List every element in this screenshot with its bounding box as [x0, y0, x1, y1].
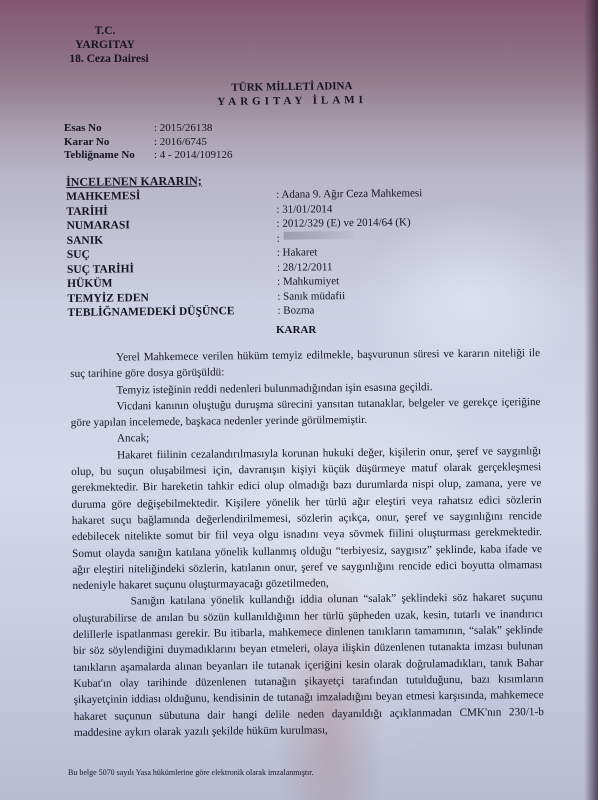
court-header: T.C. YARGITAY 18. Ceza Dairesi [50, 24, 160, 66]
reviewed-decision: İNCELENEN KARARIN; MAHKEMESİ: Adana 9. A… [66, 171, 424, 320]
case-meta: Esas No : 2015/26138 Karar No : 2016/674… [64, 122, 233, 163]
meta-row-esas: Esas No : 2015/26138 [64, 122, 233, 136]
photo-shadow-right [584, 0, 598, 800]
e-signature-note: Bu belge 5070 sayılı Yasa hükümlerine gö… [68, 768, 314, 777]
decision-body: Yerel Mahkemece verilen hüküm temyiz edi… [70, 345, 544, 741]
meta-row-teblig: Tebliğname No : 4 - 2014/109126 [64, 149, 233, 163]
redacted-name [284, 230, 354, 239]
paragraph-3: Vicdani kanının oluştuğu duruşma sürecin… [71, 394, 541, 432]
decision-heading: KARAR [276, 324, 316, 336]
document-title: TÜRK MİLLETİ ADINA YARGITAY İLAMI [212, 79, 372, 109]
header-yargitay: YARGITAY [50, 38, 160, 52]
title-line2: YARGITAY İLAMI [212, 93, 372, 109]
paragraph-6: Sanığın katılana yönelik kullandığı iddi… [73, 590, 545, 742]
header-tc: T.C. [50, 24, 160, 38]
header-chamber: 18. Ceza Dairesi [58, 52, 160, 66]
paragraph-1: Yerel Mahkemece verilen hüküm temyiz edi… [70, 345, 540, 383]
meta-row-karar: Karar No : 2016/6745 [64, 136, 233, 150]
row-teblig-dusunce: TEBLİĞNAMEDEKİ DÜŞÜNCE: Bozma [67, 302, 423, 320]
paragraph-5: Hakaret fiilinin cezalandırılmasıyla kor… [71, 443, 543, 595]
